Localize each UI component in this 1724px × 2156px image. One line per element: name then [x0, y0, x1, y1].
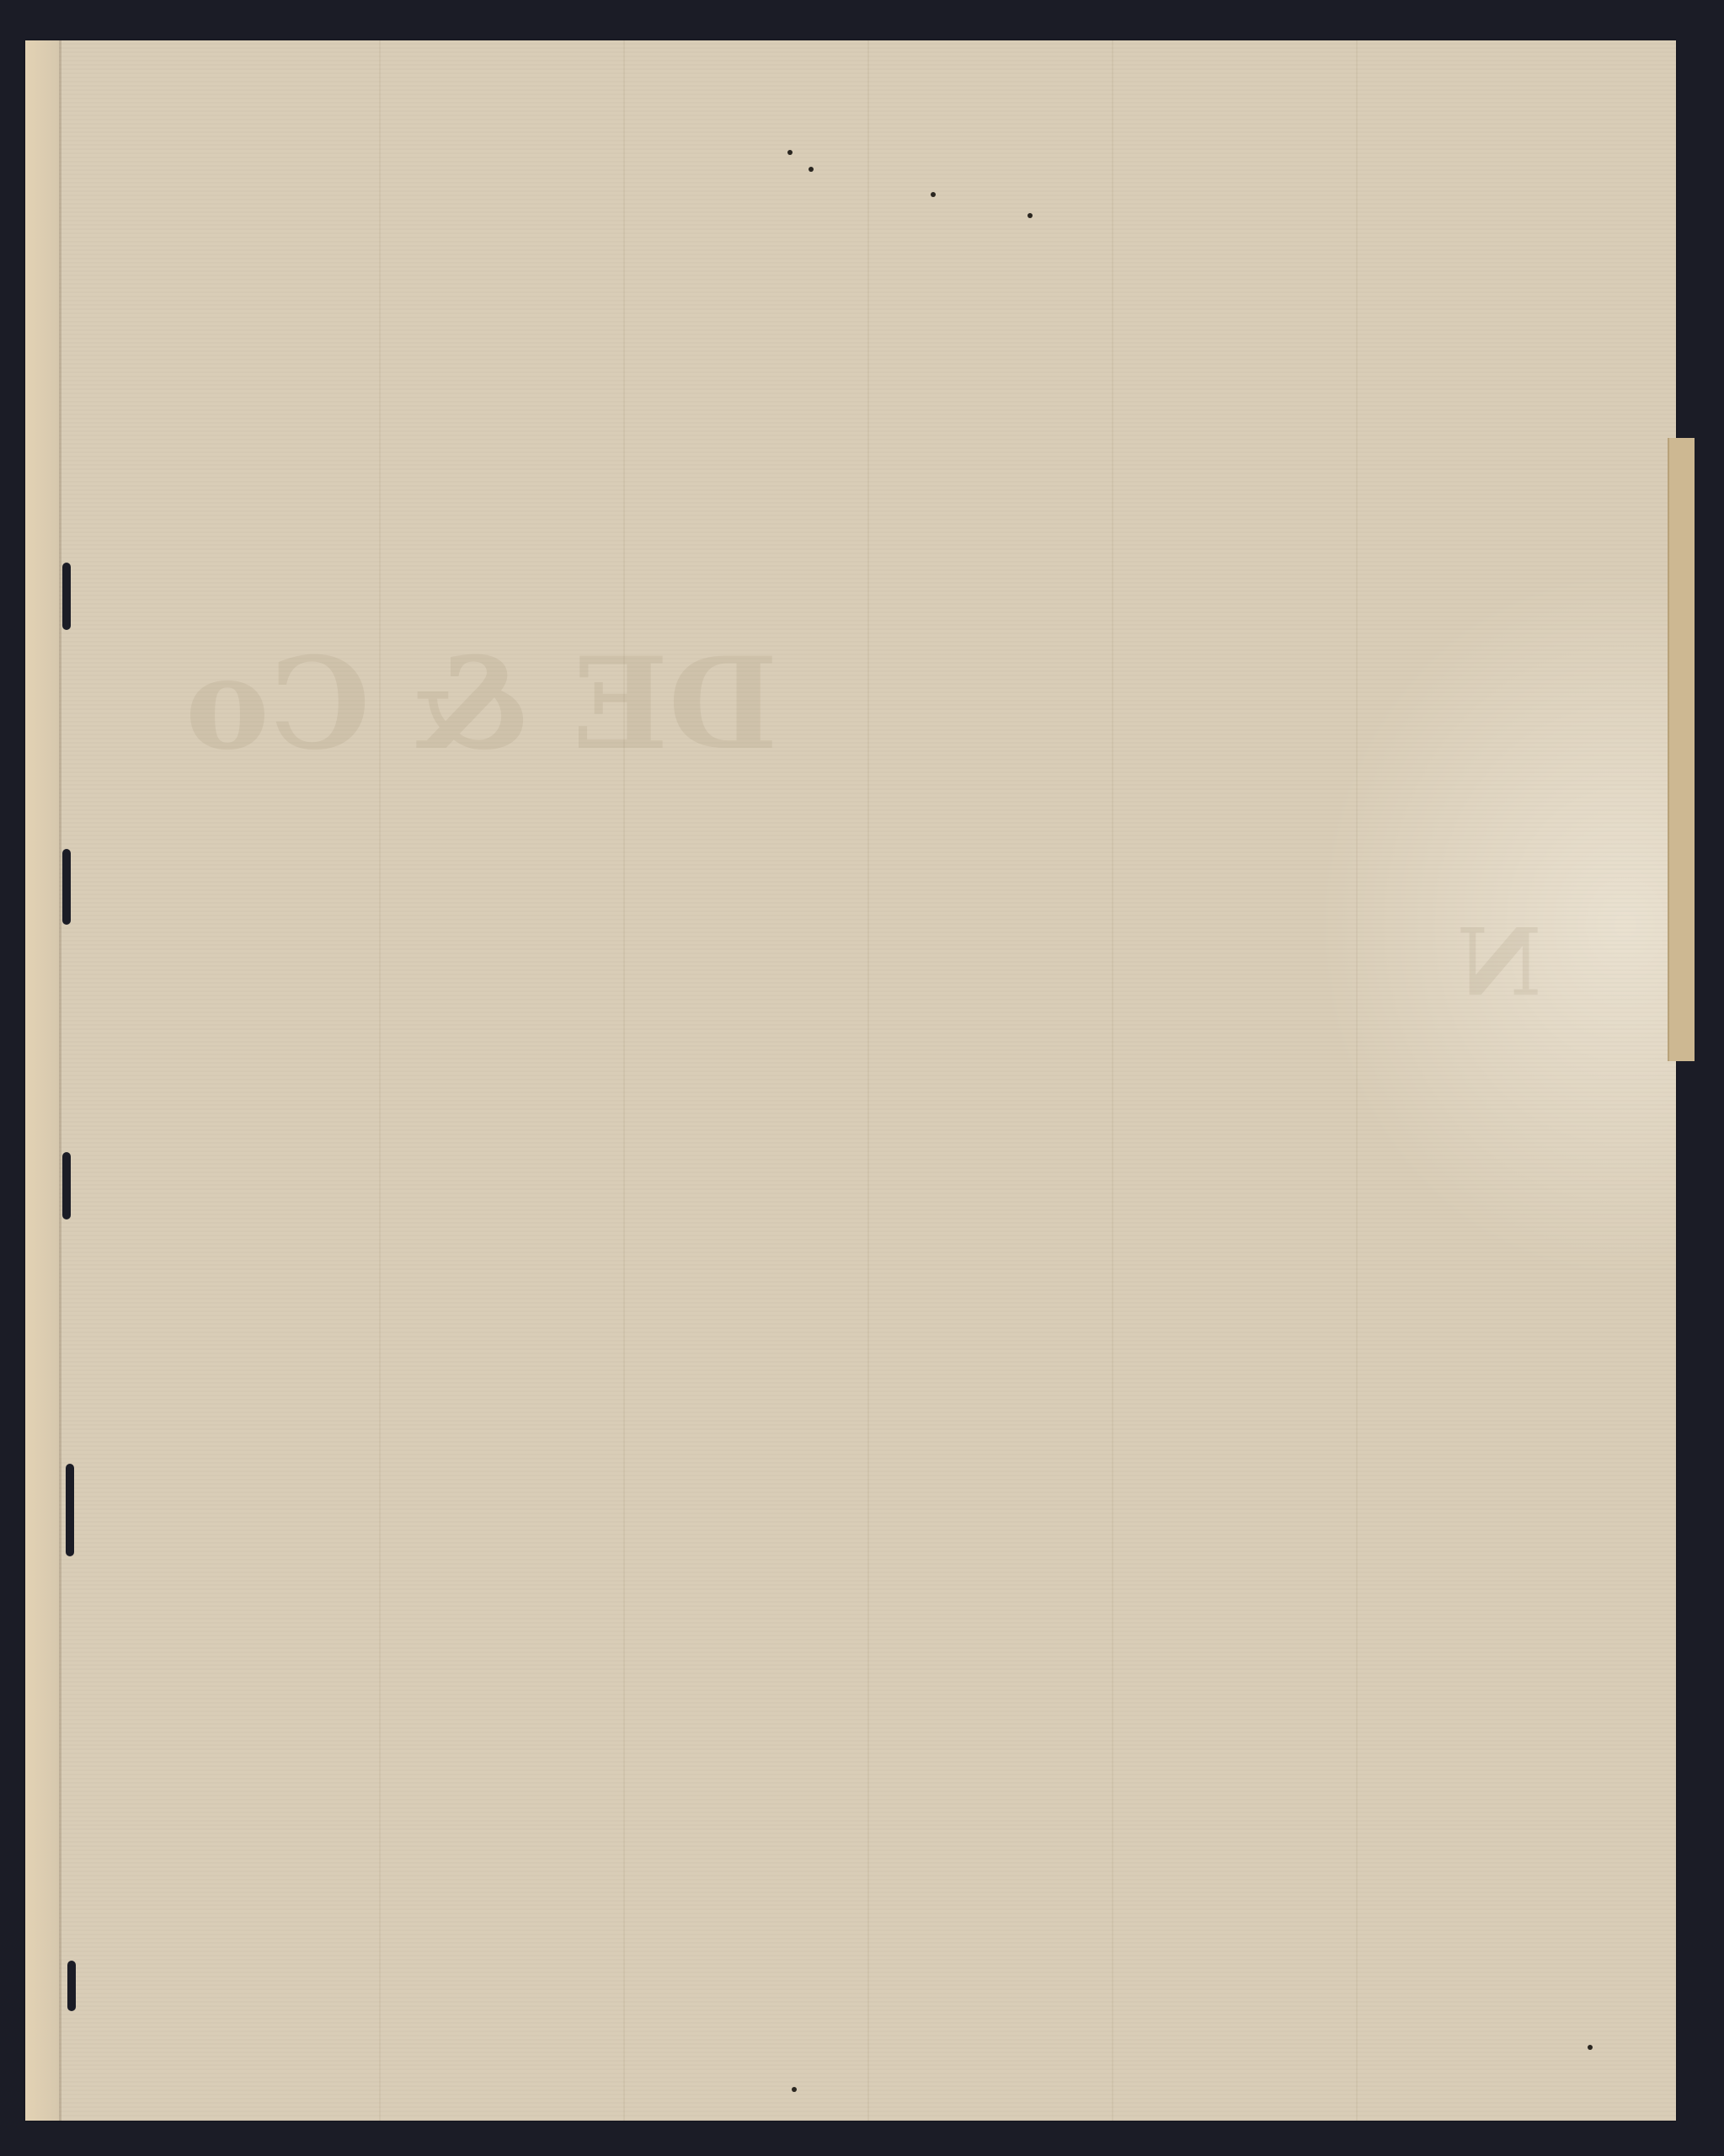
binding-hole: [62, 849, 71, 925]
binding-hole: [62, 563, 71, 630]
paper-speck: [792, 2087, 797, 2092]
binding-hole: [10, 1152, 19, 1219]
chain-line: [379, 40, 381, 2121]
binding-hole: [7, 563, 15, 630]
paper-speck: [809, 167, 814, 172]
paper-page: DE & Co N: [25, 40, 1676, 2121]
binding-hole: [66, 1464, 74, 1556]
chain-line: [623, 40, 625, 2121]
binding-fold-line: [59, 40, 61, 2121]
bleed-through-text: N: [1457, 908, 1542, 1017]
binding-hole: [8, 849, 17, 925]
binding-hole: [62, 1152, 71, 1219]
torn-edge-strip: [1668, 438, 1695, 1061]
binding-hole: [67, 1961, 76, 2011]
binding-hole: [10, 1464, 19, 1556]
chain-line: [1112, 40, 1113, 2121]
paper-speck: [931, 192, 936, 197]
chain-line: [1356, 40, 1358, 2121]
binding-gutter: [25, 40, 59, 2121]
binding-hole: [12, 1961, 20, 2011]
bleed-through-text: DE & Co: [185, 630, 778, 778]
chain-line: [867, 40, 869, 2121]
paper-speck: [1027, 213, 1033, 218]
paper-speck: [1588, 2045, 1593, 2050]
paper-speck: [787, 150, 793, 155]
